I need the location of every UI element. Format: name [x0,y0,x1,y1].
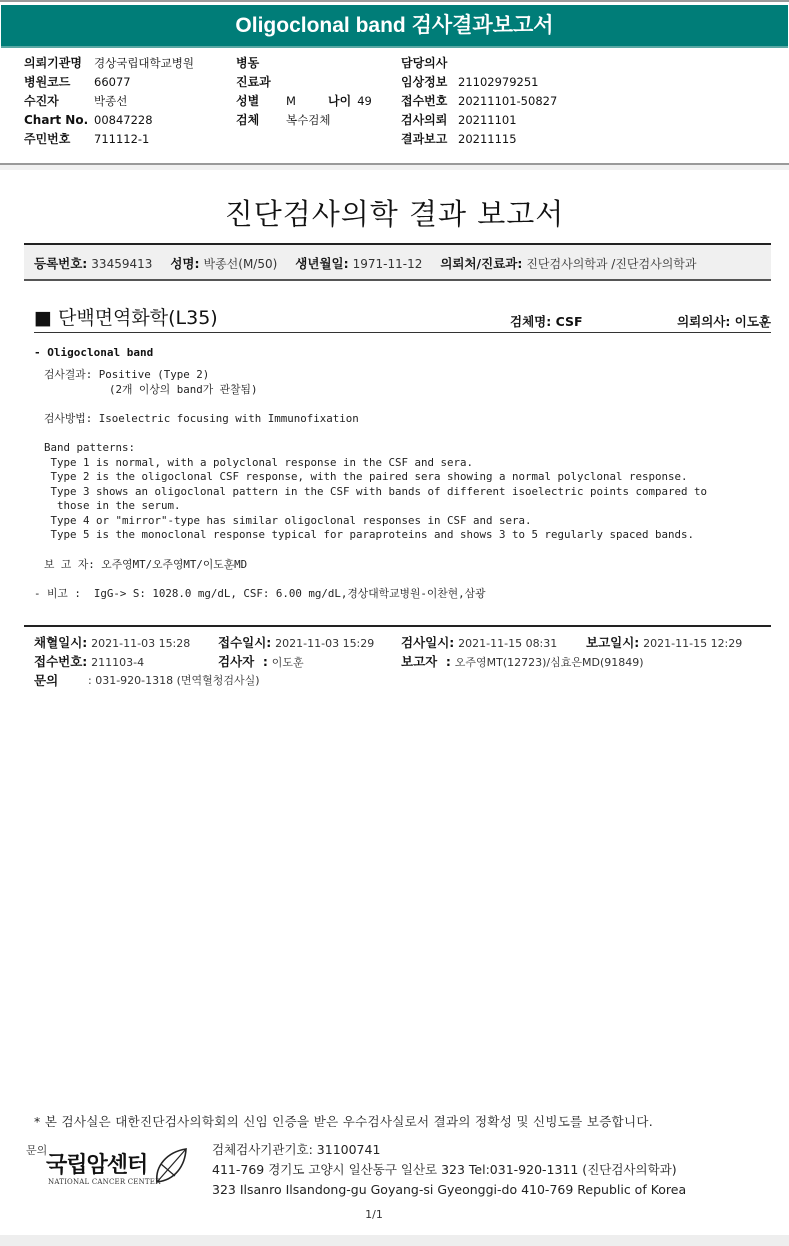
info-value: 711112-1 [94,130,149,149]
bottom-border [0,1235,789,1246]
divider-shadow [0,165,789,170]
info-label: 병원코드 [24,73,82,92]
info-row-patient: 수진자박종선 [24,92,194,111]
band-pattern-line: Type 1 is normal, with a polyclonal resp… [44,456,707,471]
dob-value: 1971-11-12 [353,257,423,271]
lab-code: 검체검사기관기호: 31100741 [212,1140,686,1160]
band-pattern-line: Type 4 or "mirror"-type has similar olig… [44,514,707,529]
info-label: 의뢰기관명 [24,54,82,73]
info-label: 병동 [236,54,280,73]
info-row-request-date: 검사의뢰20211101 [401,111,557,130]
reg-no-value: 33459413 [91,257,152,271]
reported-value: 2021-11-15 12:29 [643,637,742,650]
info-label: 접수번호 [401,92,455,111]
address-korean: 411-769 경기도 고양시 일산동구 일산로 323 Tel:031-920… [212,1160,686,1180]
result-line: (2개 이상의 band가 관찰됨) [44,383,257,398]
test-method: 검사방법: Isoelectric focusing with Immunofi… [44,412,359,427]
tester-label: 검사자 : [218,654,268,669]
info-label: 검사의뢰 [401,111,455,130]
info-value: 20211101 [458,111,517,130]
logo-english-name: NATIONAL CANCER CENTER [48,1178,161,1186]
info-row-chart-no: Chart No.00847228 [24,111,194,130]
remark-line: - 비고 : IgG-> S: 1028.0 mg/dL, CSF: 6.00 … [34,587,486,602]
info-value-age: 49 [357,92,372,111]
lab-address-block: 검체검사기관기호: 31100741 411-769 경기도 고양시 일산동구 … [212,1140,686,1200]
document-title: 진단검사의학 결과 보고서 [0,192,789,233]
info-label: 검체 [236,111,280,130]
test-result: 검사결과: Positive (Type 2) (2개 이상의 band가 관찰… [44,368,257,397]
receipt-no-label: 접수번호: [34,654,87,669]
top-border [0,0,789,2]
band-patterns-header: Band patterns: [44,441,707,456]
section-header: ■ 단백면역화학(L35) 검체명: CSF 의뢰의사: 이도훈 [34,303,771,333]
band-patterns: Band patterns: Type 1 is normal, with a … [44,441,707,543]
reporter-value: 오주영MT(12723)/심효은MD(91849) [455,656,644,669]
band-pattern-line: Type 5 is the monoclonal response typica… [44,528,707,543]
info-value: 복수검체 [286,111,330,130]
info-value: 00847228 [94,111,153,130]
band-pattern-line: those in the serum. [44,499,707,514]
info-label: 성별 [236,92,280,111]
info-label: Chart No. [24,111,82,130]
info-row-clinical-info: 임상정보21102979251 [401,73,557,92]
specimen-name: 검체명: CSF [510,312,583,330]
logo-inquiry-label: 문의 [26,1142,47,1158]
certification-statement: * 본 검사실은 대한진단검사의학회의 신임 인증을 받은 우수검사실로서 결과… [34,1112,653,1130]
info-row-hospital-code: 병원코드66077 [24,73,194,92]
received-value: 2021-11-03 15:29 [275,637,374,650]
info-label: 임상정보 [401,73,455,92]
inquiry-value: : 031-920-1318 (면역혈청검사실) [88,674,260,687]
info-value-sex: M [286,92,328,111]
tested-value: 2021-11-15 08:31 [458,637,557,650]
info-row-accession: 접수번호20211101-50827 [401,92,557,111]
referring-doctor: 의뢰의사: 이도훈 [677,312,771,330]
result-line: 검사결과: Positive (Type 2) [44,368,257,383]
info-row-specimen: 검체복수검체 [236,111,372,130]
dob-label: 생년월일: [295,256,348,271]
info-row-sex-age: 성별M나이49 [236,92,372,111]
info-row-ward: 병동 [236,54,372,73]
name-label: 성명: [170,256,199,271]
receipt-no-value: 211103-4 [91,656,144,669]
info-row-attending: 담당의사 [401,54,557,73]
band-pattern-line: Type 3 shows an oligoclonal pattern in t… [44,485,707,500]
band-pattern-line: Type 2 is the oligoclonal CSF response, … [44,470,707,485]
dept-label: 의뢰처/진료과: [440,256,522,271]
leaf-logo-icon [153,1146,189,1186]
info-column-institution: 의뢰기관명경상국립대학교병원 병원코드66077 수진자박종선 Chart No… [24,54,194,149]
info-row-department: 진료과 [236,73,372,92]
info-column-doctor: 담당의사 임상정보21102979251 접수번호20211101-50827 … [401,54,557,149]
info-value: 20211115 [458,130,517,149]
inquiry-label: 문의 [34,673,58,688]
info-label: 수진자 [24,92,82,111]
square-bullet-icon: ■ [34,307,52,329]
name-value: 박종선(M/50) [204,257,278,271]
info-column-ward: 병동 진료과 성별M나이49 검체복수검체 [236,54,372,130]
national-cancer-center-logo: 문의 국립암센터 NATIONAL CANCER CENTER [26,1140,196,1195]
info-row-report-date: 결과보고20211115 [401,130,557,149]
info-value: 66077 [94,73,131,92]
address-english: 323 Ilsanro Ilsandong-gu Goyang-si Gyeon… [212,1180,686,1200]
info-label-age: 나이 [328,92,351,111]
info-label: 진료과 [236,73,280,92]
info-label: 결과보고 [401,130,455,149]
collected-value: 2021-11-03 15:28 [91,637,190,650]
info-value: 경상국립대학교병원 [94,54,194,73]
tester-value: 이도훈 [272,656,304,669]
section-title-text: 단백면역화학(L35) [58,307,218,329]
logo-korean-name: 국립암센터 [46,1148,147,1179]
page-number: 1/1 [0,1208,748,1221]
info-row-institution: 의뢰기관명경상국립대학교병원 [24,54,194,73]
info-row-resident-no: 주민번호711112-1 [24,130,194,149]
patient-summary-bar: 등록번호: 33459413 성명: 박종선(M/50) 생년월일: 1971-… [24,243,771,281]
info-value: 20211101-50827 [458,92,557,111]
collected-label: 채혈일시: [34,635,87,650]
info-value: 박종선 [94,92,127,111]
divider [24,625,771,627]
reporter-line: 보 고 자: 오주영MT/오주영MT/이도훈MD [44,558,247,573]
received-label: 접수일시: [218,635,271,650]
reg-no-label: 등록번호: [34,256,87,271]
test-name: - Oligoclonal band [34,346,153,359]
reporter-label: 보고자 : [401,654,451,669]
info-label: 주민번호 [24,130,82,149]
dept-value: 진단검사의학과 /진단검사의학과 [526,257,696,271]
reported-label: 보고일시: [586,635,639,650]
section-title: ■ 단백면역화학(L35) [34,303,218,330]
info-label: 담당의사 [401,54,455,73]
tested-label: 검사일시: [401,635,454,650]
report-header-banner: Oligoclonal band 검사결과보고서 [1,5,788,48]
info-value: 21102979251 [458,73,538,92]
